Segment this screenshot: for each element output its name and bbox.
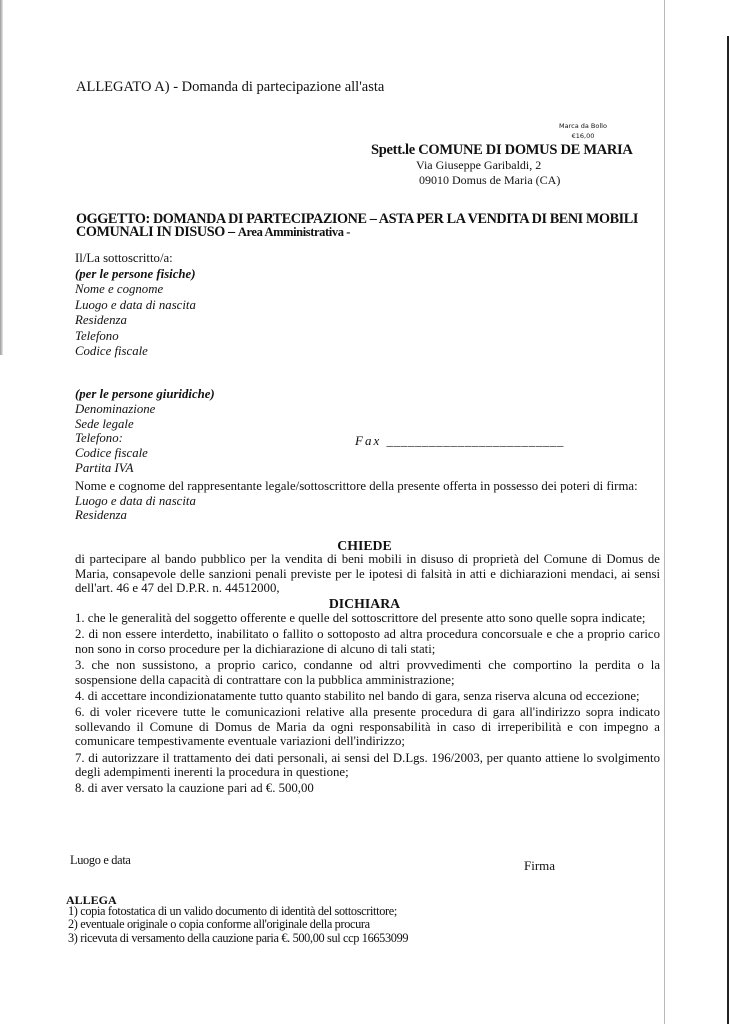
- scan-left-edge: [0, 0, 3, 355]
- field-birth-place-date: Luogo e data di nascita: [75, 298, 660, 314]
- fax-label: Fax: [355, 433, 381, 448]
- declaration-item: 3. che non sussistono, a proprio carico,…: [75, 658, 660, 687]
- attachment-item: 2) eventuale originale o copia conforme …: [68, 918, 408, 931]
- field-company-name: Denominazione: [75, 402, 660, 417]
- fax-field: Fax _________________________: [355, 433, 564, 449]
- undersigned-intro: Il/La sottoscritto/a:: [75, 251, 660, 267]
- legal-persons-heading: (per le persone giuridiche): [75, 387, 660, 402]
- scan-fold-line: [664, 0, 665, 1024]
- fax-blank-line: _________________________: [386, 433, 564, 448]
- dichiara-heading: DICHIARA: [0, 596, 729, 612]
- declaration-item: 7. di autorizzare il trattamento dei dat…: [75, 751, 660, 780]
- attachment-item: 3) ricevuta di versamento della cauzione…: [68, 932, 408, 945]
- representative-section: Nome e cognome del rappresentante legale…: [75, 479, 660, 523]
- recipient-address-city: 09010 Domus de Maria (CA): [419, 173, 560, 188]
- declaration-item: 8. di aver versato la cauzione pari ad €…: [75, 781, 660, 795]
- declaration-item: 4. di accettare incondizionatamente tutt…: [75, 689, 660, 703]
- recipient-name: Spett.le COMUNE DI DOMUS DE MARIA: [371, 142, 633, 159]
- place-date-label: Luogo e data: [70, 853, 131, 868]
- legal-persons-section: (per le persone giuridiche) Denominazion…: [75, 387, 660, 476]
- natural-persons-section: Il/La sottoscritto/a: (per le persone fi…: [75, 251, 660, 360]
- declaration-item: 1. che le generalità del soggetto offere…: [75, 611, 660, 625]
- field-rep-residence: Residenza: [75, 508, 660, 523]
- subject-heading: OGGETTO: DOMANDA DI PARTECIPAZIONE – AST…: [76, 213, 638, 238]
- subject-line-2-text: COMUNALI IN DISUSO –: [76, 224, 238, 240]
- declaration-item: 2. di non essere interdetto, inabilitato…: [75, 627, 660, 656]
- natural-persons-heading: (per le persone fisiche): [75, 267, 660, 283]
- signature-label: Firma: [524, 858, 555, 874]
- attachment-title: ALLEGATO A) - Domanda di partecipazione …: [76, 79, 384, 96]
- revenue-stamp-box: Marca da Bollo €16,00: [559, 121, 607, 141]
- field-vat-number: Partita IVA: [75, 461, 660, 476]
- chiede-text: di partecipare al bando pubblico per la …: [75, 552, 660, 596]
- attachments-list: 1) copia fotostatica di un valido docume…: [68, 905, 408, 945]
- declaration-item: 6. di voler ricevere tutte le comunicazi…: [75, 705, 660, 748]
- field-full-name: Nome e cognome: [75, 282, 660, 298]
- attachment-item: 1) copia fotostatica di un valido docume…: [68, 905, 408, 918]
- subject-area: Area Amministrativa -: [238, 225, 350, 239]
- subject-line-2: COMUNALI IN DISUSO – Area Amministrativa…: [76, 226, 638, 239]
- stamp-label: Marca da Bollo: [559, 121, 607, 131]
- field-registered-office: Sede legale: [75, 417, 660, 432]
- field-phone: Telefono: [75, 329, 660, 345]
- declarations-list: 1. che le generalità del soggetto offere…: [75, 611, 660, 798]
- field-tax-code: Codice fiscale: [75, 344, 660, 360]
- field-residence: Residenza: [75, 313, 660, 329]
- representative-text: Nome e cognome del rappresentante legale…: [75, 479, 660, 494]
- stamp-amount: €16,00: [559, 131, 607, 141]
- field-rep-birth-place-date: Luogo e data di nascita: [75, 494, 660, 509]
- recipient-address-street: Via Giuseppe Garibaldi, 2: [416, 158, 541, 173]
